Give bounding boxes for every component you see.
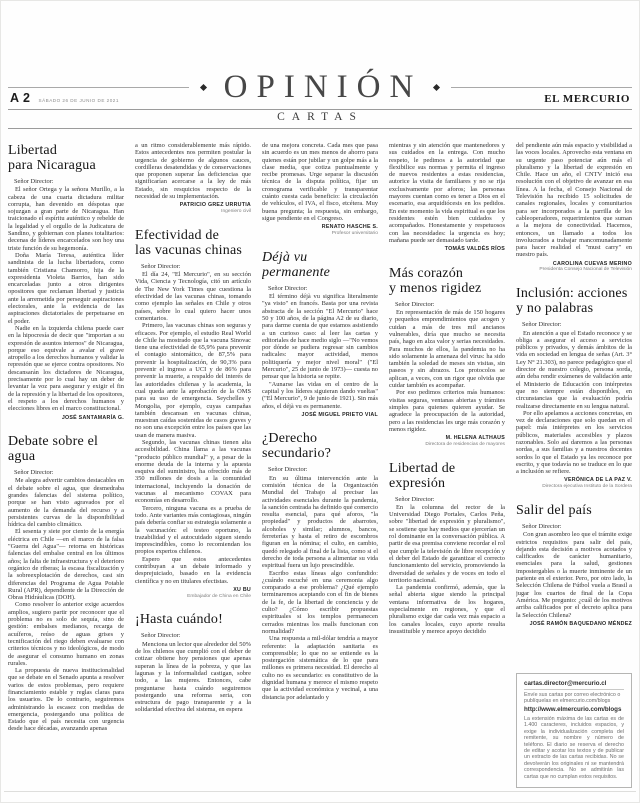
letter-paragraph: El sesenta y siete por ciento de la ener… <box>8 528 124 601</box>
letter-title: Efectividad de las vacunas chinas <box>135 228 251 258</box>
column-1: Libertad para NicaraguaSeñor Director:El… <box>8 142 124 792</box>
letter-paragraph-continued: mientras y sin atención que mantenedores… <box>389 142 505 244</box>
column-4: mientras y sin atención que mantenedores… <box>389 142 505 792</box>
letter-title: Más corazón y menos rigidez <box>389 266 505 296</box>
signature-role: Directora de residencias de mayores <box>389 442 505 448</box>
signature-name: RENATO HASCHE S. <box>262 224 378 231</box>
signature-role: Directora ejecutiva Instituto de la Sord… <box>516 484 632 490</box>
signature-name: JOSÉ SANTAMARÍA G. <box>8 415 124 422</box>
folio: A 2 SÁBADO 26 DE JUNIO DE 2021 <box>10 91 119 105</box>
letter-title: ¿Derecho secundario? <box>262 431 378 461</box>
letter-paragraph: Escribo estas líneas algo confundido: ¿c… <box>262 570 378 636</box>
letter-title: Debate sobre el agua <box>8 434 124 464</box>
cartas-rules: La extensión máxima de las cartas es de … <box>524 716 624 780</box>
signature-name: JOSÉ RAMÓN BAQUEDANO MÉNDEZ <box>516 621 632 628</box>
letter-paragraph: El señor Ortega y la señora Murillo, a l… <box>8 186 124 252</box>
signature-role: Profesor universitario <box>262 231 378 237</box>
letter-paragraph: Segundo, las vacunas chinas tienen alta … <box>135 439 251 505</box>
page-bottom-rule <box>4 791 636 792</box>
header-rule-right <box>451 87 632 88</box>
subsection-title: CARTAS <box>0 111 640 123</box>
page-date: SÁBADO 26 DE JUNIO DE 2021 <box>39 98 119 103</box>
page-number: A 2 <box>10 91 31 105</box>
salutation: Señor Director: <box>389 301 505 308</box>
salutation: Señor Director: <box>516 321 632 328</box>
cartas-al-director-box: cartas.director@mercurio.clEnvíe sus car… <box>516 673 632 788</box>
header-rule <box>8 128 632 129</box>
masthead: EL MERCURIO <box>544 93 630 105</box>
salutation: Señor Director: <box>262 285 378 292</box>
letter-paragraph-continued: a un ritmo considerablemente más rápido.… <box>135 142 251 200</box>
letter-paragraph: En atención a que el Estado reconoce y s… <box>516 330 632 410</box>
salutation: Señor Director: <box>262 466 378 473</box>
letter-paragraph: Por ello apelamos a acciones concretas, … <box>516 410 632 476</box>
newspaper-page: OPINIÓN A 2 SÁBADO 26 DE JUNIO DE 2021 E… <box>0 0 640 803</box>
signature-role: Embajador de China en Chile <box>135 594 251 600</box>
letter-paragraph: Doña María Teresa, auténtica líder sandi… <box>8 252 124 325</box>
letter-title: Salir del país <box>516 503 632 518</box>
letter-paragraph: Con gran asombro leo que el trámite exig… <box>516 531 632 619</box>
letter-title: ¡Hasta cuándo! <box>135 612 251 627</box>
signature-name: XU BU <box>135 587 251 594</box>
cartas-note: Envíe sus cartas por correo electrónico … <box>524 692 624 704</box>
letter-paragraph: En su última intervención ante la comisi… <box>262 475 378 570</box>
letter-paragraph: Nadie en la izquierda chilena puede caer… <box>8 325 124 413</box>
diamond-icon <box>433 83 440 90</box>
letter-paragraph: Una respuesta a mil-dólar tendría a mayo… <box>262 635 378 701</box>
cartas-blog-url[interactable]: http://www.elmercurio.com/blogs <box>524 706 624 713</box>
signature-name: PATRICIO GREZ URRUTIA <box>135 202 251 209</box>
letter-paragraph-continued: del pendiente aún más espacio y visibili… <box>516 142 632 259</box>
letter-title: Déjà vu permanente <box>262 250 378 280</box>
signature-role: Presidenta Consejo Nacional de Televisió… <box>516 267 632 273</box>
column-5: del pendiente aún más espacio y visibili… <box>516 142 632 792</box>
header-rule <box>8 109 632 110</box>
letter-paragraph: Tercero, ninguna vacuna es a prueba de t… <box>135 505 251 556</box>
letter-paragraph: Me alegra advertir cambios destacables e… <box>8 477 124 528</box>
letter-paragraph: Como resolver lo anterior exige acuerdos… <box>8 601 124 667</box>
letter-paragraph: "Aunarse las vidas en el centro de la ca… <box>262 381 378 410</box>
column-3: de una mejora concreta. Cada mes que pas… <box>262 142 378 792</box>
diamond-icon <box>200 83 207 90</box>
salutation: Señor Director: <box>516 523 632 530</box>
letter-paragraph: En representación de más de 150 hogares … <box>389 309 505 389</box>
salutation: Señor Director: <box>135 632 251 639</box>
cartas-email[interactable]: cartas.director@mercurio.cl <box>524 680 624 690</box>
letter-paragraph: Primero, las vacunas chinas son seguras … <box>135 322 251 439</box>
header-rule-left <box>8 87 189 88</box>
column-2: a un ritmo considerablemente más rápido.… <box>135 142 251 792</box>
letter-title: Inclusión: acciones y no palabras <box>516 286 632 316</box>
signature-name: M. HELENA ALTHAUS <box>389 435 505 442</box>
letter-paragraph: El término déjà vu significa literalment… <box>262 293 378 381</box>
salutation: Señor Director: <box>389 496 505 503</box>
letter-paragraph: Espero que estos antecedentes contribuya… <box>135 556 251 585</box>
signature-role: Ingeniero civil <box>135 209 251 215</box>
letter-title: Libertad para Nicaragua <box>8 143 124 173</box>
letter-paragraph: La propuesta de nueva institucionalidad … <box>8 667 124 733</box>
salutation: Señor Director: <box>135 263 251 270</box>
letter-paragraph: El día 24, "El Mercurio", en su sección … <box>135 271 251 322</box>
letter-paragraph: En la columna del rector de la Universid… <box>389 504 505 584</box>
salutation: Señor Director: <box>8 178 124 185</box>
signature-name: TOMÁS VALDÉS RÍOS <box>389 246 505 253</box>
section-title: OPINIÓN <box>218 70 423 104</box>
letter-paragraph: Por eso pedimos criterios más humanos: v… <box>389 389 505 433</box>
letter-paragraph: La pandemia confirmó, además, que la señ… <box>389 584 505 635</box>
salutation: Señor Director: <box>8 469 124 476</box>
letter-paragraph: Menciona un lector que alrededor del 50%… <box>135 641 251 714</box>
letter-title: Libertad de expresión <box>389 461 505 491</box>
letter-paragraph-continued: de una mejora concreta. Cada mes que pas… <box>262 142 378 222</box>
signature-name: JOSÉ MIGUEL PRIETO VIAL <box>262 412 378 419</box>
